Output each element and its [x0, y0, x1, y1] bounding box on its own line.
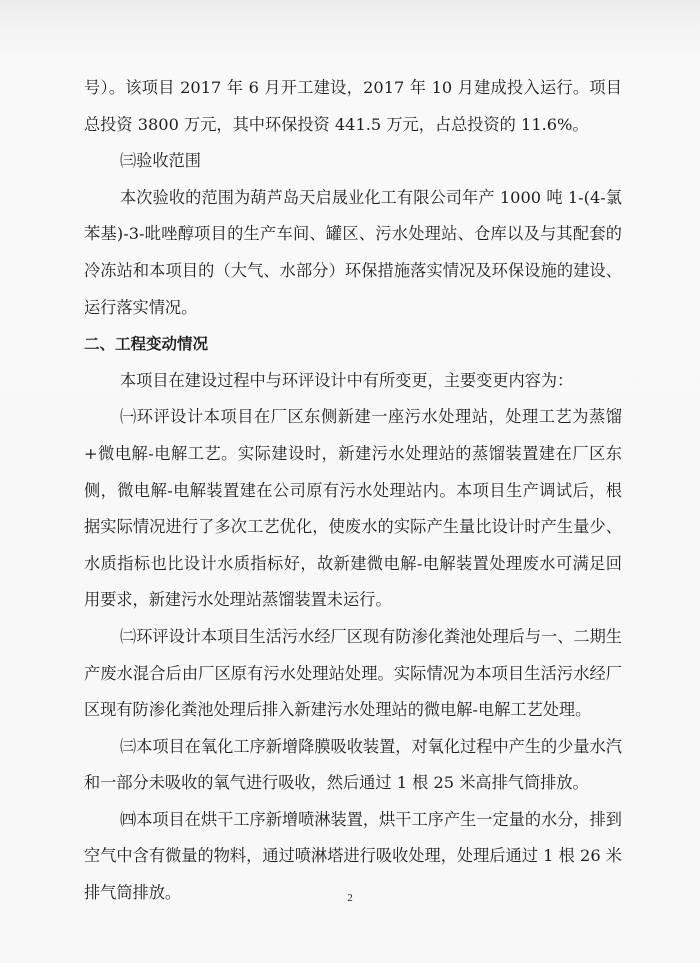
document-page: 号）。该项目 2017 年 6 月开工建设，2017 年 10 月建成投入运行。… [0, 0, 700, 963]
subheading-acceptance-scope: ㈢验收范围 [84, 143, 622, 180]
page-number: 2 [0, 892, 700, 904]
document-body: 号）。该项目 2017 年 6 月开工建设，2017 年 10 月建成投入运行。… [84, 70, 622, 912]
paragraph-acceptance-scope: 本次验收的范围为葫芦岛天启晟业化工有限公司年产 1000 吨 1-(4-氯苯基)… [84, 180, 622, 326]
paragraph-change-2: ㈡环评设计本项目生活污水经厂区现有防渗化粪池处理后与一、二期生产废水混合后由厂区… [84, 619, 622, 729]
section-heading-engineering-changes: 二、工程变动情况 [84, 326, 622, 363]
paragraph-investment: 号）。该项目 2017 年 6 月开工建设，2017 年 10 月建成投入运行。… [84, 70, 622, 143]
paragraph-changes-intro: 本项目在建设过程中与环评设计中有所变更，主要变更内容为： [84, 363, 622, 400]
paragraph-change-3: ㈢本项目在氧化工序新增降膜吸收装置，对氧化过程中产生的少量水汽和一部分未吸收的氧… [84, 729, 622, 802]
paragraph-change-1: ㈠环评设计本项目在厂区东侧新建一座污水处理站，处理工艺为蒸馏+微电解-电解工艺。… [84, 399, 622, 619]
